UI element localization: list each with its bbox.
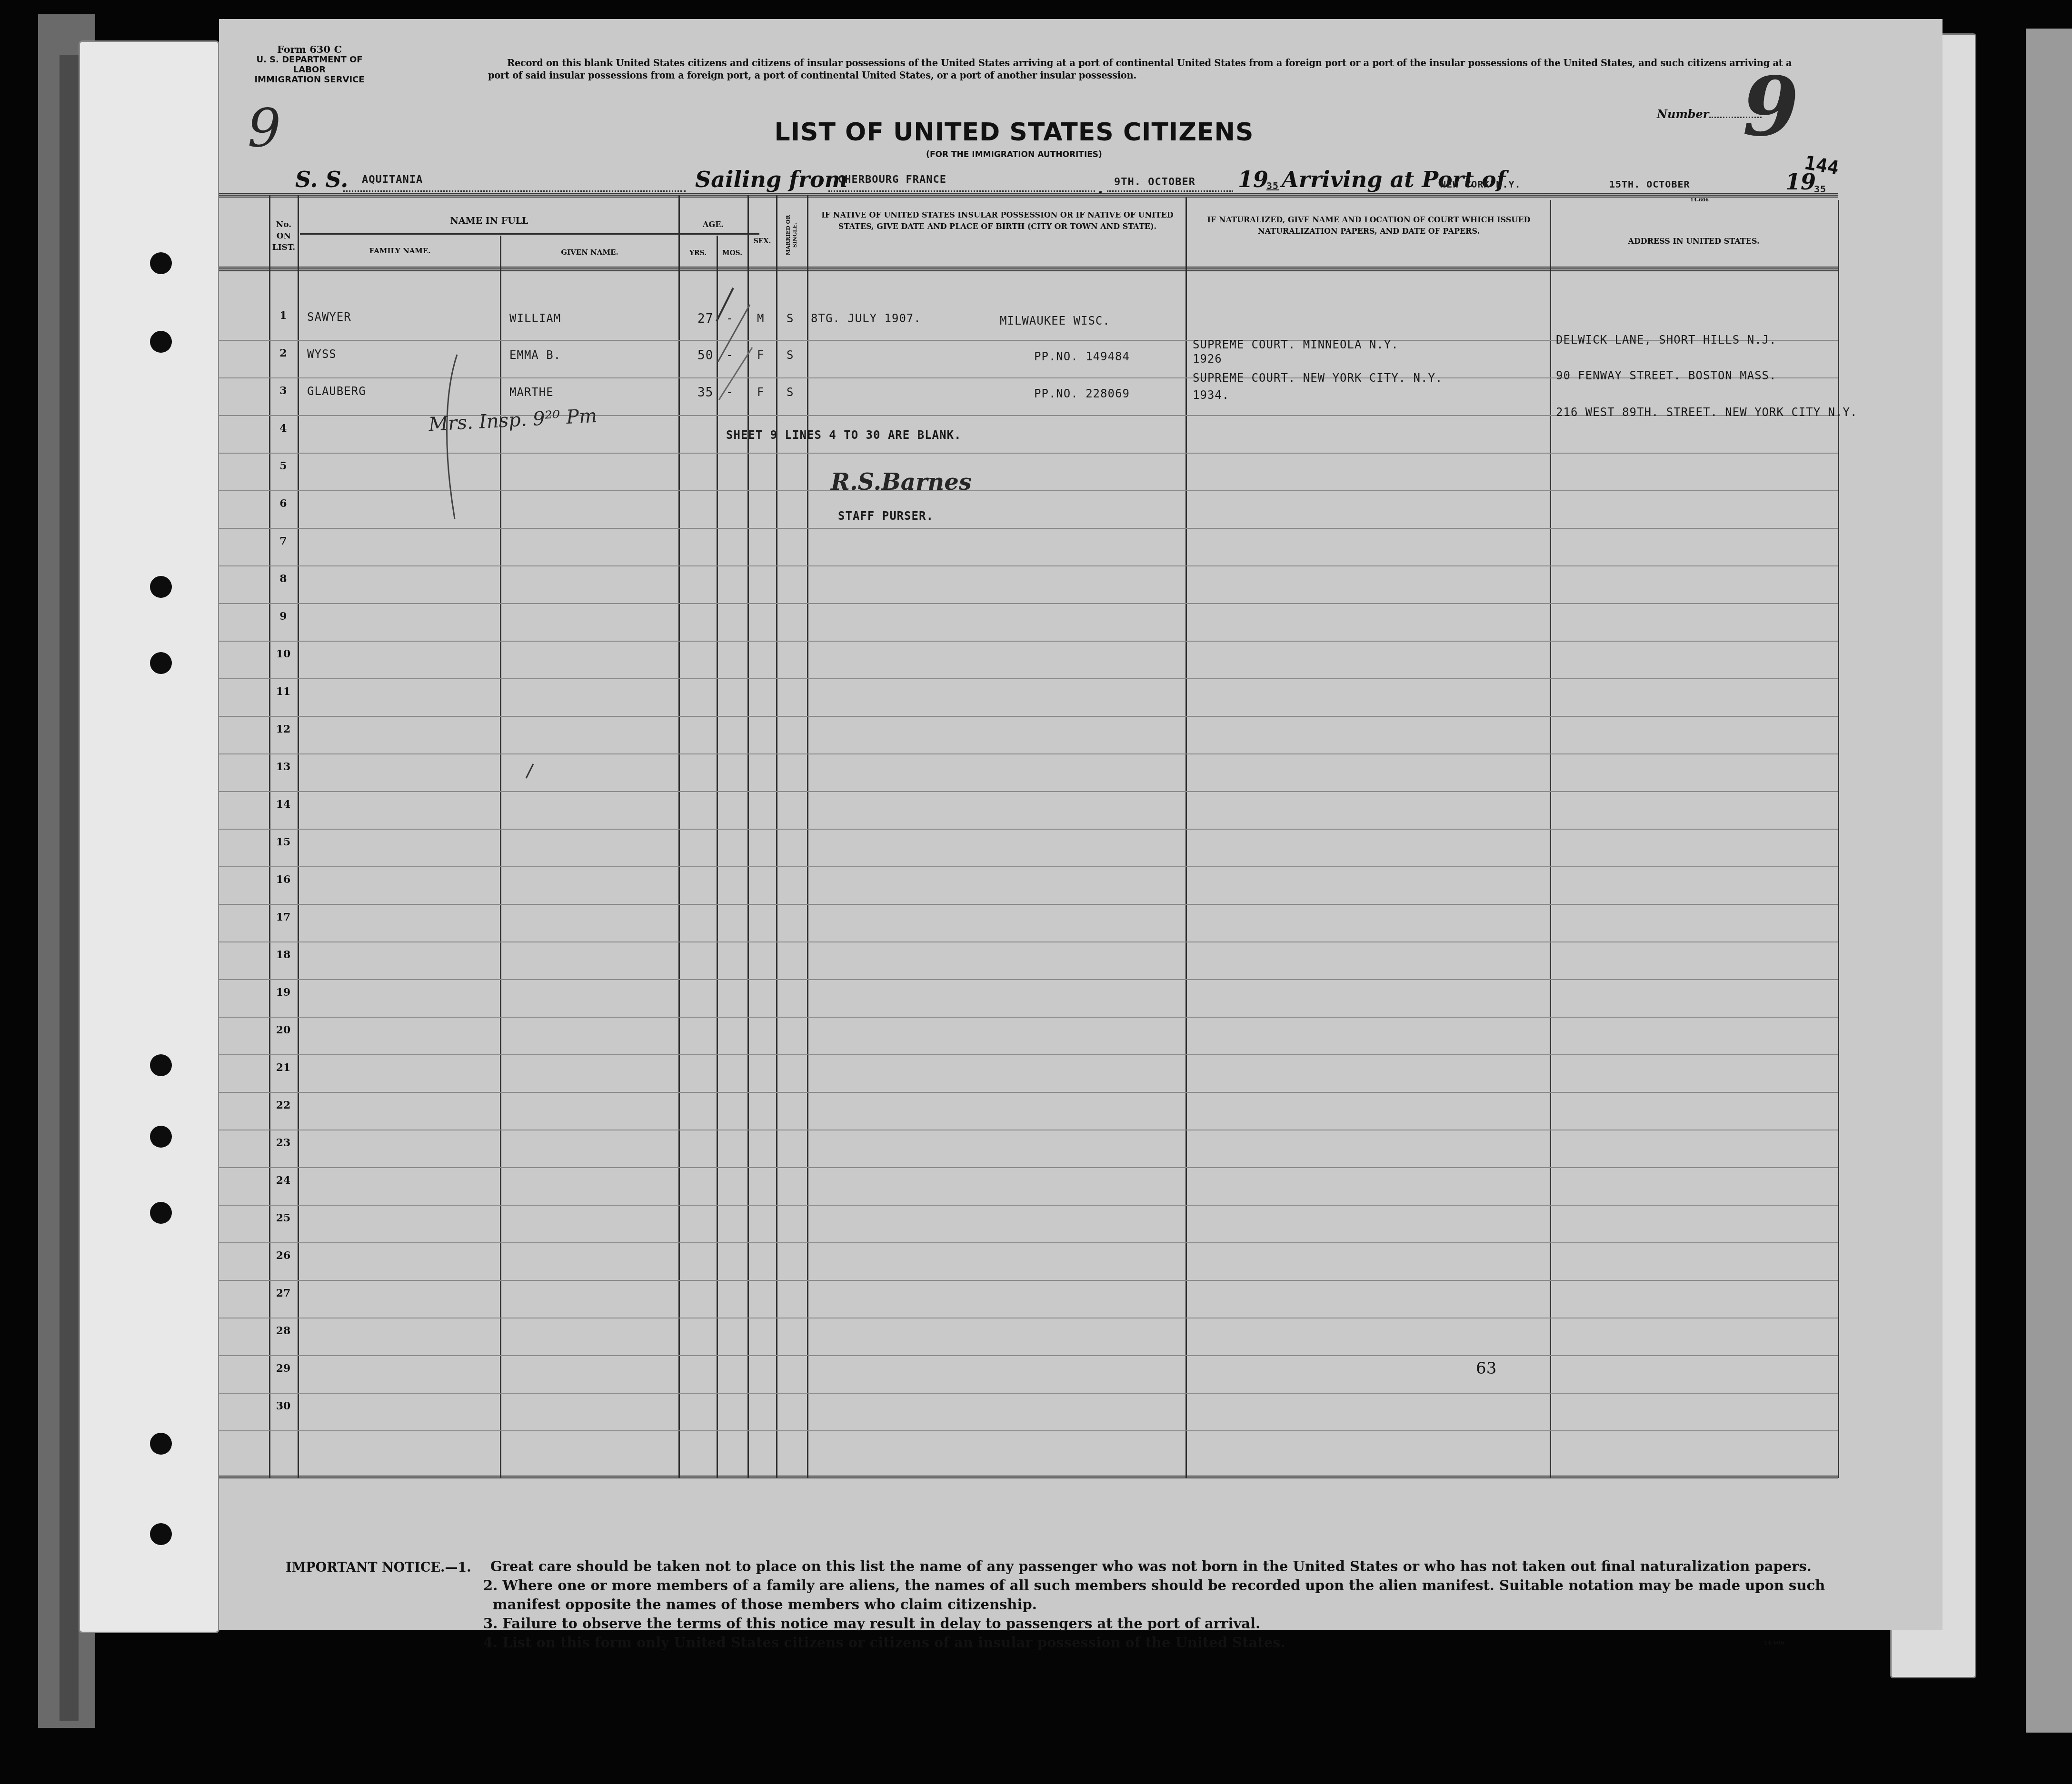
row-number: 5 — [269, 460, 298, 472]
row-number: 19 — [269, 986, 298, 999]
col-line — [717, 236, 718, 1478]
col-line — [678, 195, 680, 1478]
page-title: LIST OF UNITED STATES CITIZENS — [695, 118, 1333, 147]
pen-mark — [524, 762, 538, 781]
row-line — [219, 1205, 1838, 1206]
row-number: 20 — [269, 1024, 298, 1036]
punch-hole — [150, 331, 172, 353]
form-number: Form 630 C — [248, 44, 371, 55]
row-line — [219, 453, 1838, 454]
row-line — [219, 829, 1838, 830]
punch-hole — [150, 1433, 172, 1455]
col-line — [1838, 200, 1839, 1478]
notice-item-2: 2. Where one or more members of a family… — [483, 1576, 1959, 1595]
sailing-year: 35 — [1266, 180, 1279, 191]
given-name: EMMA B. — [509, 348, 561, 362]
row-line — [219, 1017, 1838, 1018]
ss-label: S. S. — [295, 167, 348, 192]
row-line — [219, 866, 1838, 867]
row-line — [219, 904, 1838, 905]
row-number: 16 — [269, 873, 298, 886]
row-number: 6 — [269, 497, 298, 510]
col-line — [1550, 200, 1551, 1478]
row-line — [219, 1355, 1838, 1356]
birth-place: PP.NO. 149484 — [1034, 350, 1130, 363]
sailing-port-dotline — [828, 190, 1095, 192]
row-number: 24 — [269, 1174, 298, 1187]
row-line — [219, 1092, 1838, 1093]
arrival-port: NEW YORK N.Y. — [1440, 178, 1521, 190]
number-label: Number — [1657, 107, 1709, 121]
page-subtitle: (FOR THE IMMIGRATION AUTHORITIES) — [695, 150, 1333, 159]
check-slashes — [714, 286, 757, 405]
col-line — [807, 195, 808, 1478]
row-number: 11 — [269, 685, 298, 698]
notice-label: IMPORTANT NOTICE.—1. — [286, 1559, 471, 1577]
name-age-subrule — [300, 233, 759, 235]
col-header-no: No. ON LIST. — [270, 219, 297, 253]
family-name: GLAUBERG — [307, 385, 366, 398]
family-name: WYSS — [307, 347, 337, 361]
header-top-rule — [219, 193, 1838, 198]
age-yrs: 27 — [697, 312, 713, 326]
form-code: 14-606 — [1690, 198, 1709, 203]
list-number: 9 — [1743, 59, 1799, 155]
address: 216 WEST 89TH. STREET. NEW YORK CITY N.Y… — [1556, 406, 1857, 419]
handwritten-bracket — [443, 352, 462, 524]
col-header-mos: MOS. — [717, 248, 747, 259]
marital-status: S — [787, 348, 794, 362]
punch-hole — [150, 652, 172, 674]
sailing-port: CHERBOURG FRANCE — [838, 174, 946, 186]
handwritten-corner-number: 9 — [248, 98, 281, 159]
court-date: 1926 — [1193, 352, 1222, 366]
row-number: 7 — [269, 535, 298, 547]
given-name: WILLIAM — [509, 312, 561, 325]
col-line — [776, 195, 777, 1478]
col-header-name-in-full: NAME IN FULL — [300, 215, 678, 227]
row-line — [219, 942, 1838, 942]
row-number: 12 — [269, 723, 298, 735]
header-bottom-rule — [219, 267, 1838, 271]
row-number: 29 — [269, 1362, 298, 1375]
row-number: 3 — [269, 385, 298, 397]
sailing-year-prefix: 19 — [1238, 167, 1268, 192]
row-number: 9 — [269, 610, 298, 623]
court-date: 1934. — [1193, 388, 1229, 402]
address: 90 FENWAY STREET. BOSTON MASS. — [1556, 369, 1776, 382]
sex: M — [757, 312, 764, 325]
court: SUPREME COURT. NEW YORK CITY. N.Y. — [1193, 371, 1443, 385]
row-number: 13 — [269, 761, 298, 773]
marital-status: S — [787, 386, 794, 399]
row-line — [219, 753, 1838, 754]
birth-place: MILWAUKEE WISC. — [1000, 314, 1110, 327]
ship-name: AQUITANIA — [362, 174, 423, 186]
purser-signature: R.S.Barnes — [831, 469, 972, 496]
sailing-date: 9TH. OCTOBER — [1114, 176, 1195, 188]
row-line — [219, 979, 1838, 980]
binder-shadow — [60, 55, 79, 1721]
punch-hole — [150, 252, 172, 274]
row-number: 30 — [269, 1400, 298, 1412]
department: U. S. DEPARTMENT OF LABOR — [248, 55, 371, 75]
punch-hole — [150, 576, 172, 598]
row-number: 23 — [269, 1137, 298, 1149]
row-number: 28 — [269, 1325, 298, 1337]
signature-title: STAFF PURSER. — [838, 509, 934, 523]
col-header-address: ADDRESS IN UNITED STATES. — [1552, 236, 1835, 247]
birth-date: 8TG. JULY 1907. — [811, 312, 921, 325]
row-line — [219, 1054, 1838, 1055]
row-line — [219, 1130, 1838, 1130]
row-number: 15 — [269, 836, 298, 848]
birth-place: PP.NO. 228069 — [1034, 387, 1130, 400]
punch-hole — [150, 1202, 172, 1224]
row-line — [219, 528, 1838, 529]
row-line — [219, 1167, 1838, 1168]
arrival-date: 15TH. OCTOBER — [1609, 178, 1690, 190]
sailing-date-dotline — [1107, 190, 1233, 192]
punch-hole — [150, 1054, 172, 1076]
row-number: 17 — [269, 911, 298, 923]
court: SUPREME COURT. MINNEOLA N.Y. — [1193, 338, 1399, 351]
blank-lines-note: SHEET 9 LINES 4 TO 30 ARE BLANK. — [726, 428, 961, 442]
form-id: Form 630 C U. S. DEPARTMENT OF LABOR IMM… — [248, 44, 371, 85]
page-number: 63 — [1476, 1359, 1496, 1378]
row-number: 8 — [269, 573, 298, 585]
row-line — [219, 1430, 1838, 1431]
notice-item-3: 3. Failure to observe the terms of this … — [483, 1615, 1912, 1633]
col-header-given-name: GIVEN NAME. — [501, 247, 678, 258]
row-line — [219, 1318, 1838, 1318]
given-name: MARTHE — [509, 386, 554, 399]
sex: F — [757, 386, 764, 399]
row-number: 22 — [269, 1099, 298, 1111]
col-header-sex: SEX. — [748, 236, 776, 247]
notice-item-1: Great care should be taken not to place … — [490, 1557, 1957, 1576]
row-number: 2 — [269, 347, 298, 359]
col-header-age: AGE. — [680, 219, 747, 230]
col-header-yrs: YRS. — [680, 248, 716, 259]
col-header-naturalized: IF NATURALIZED, GIVE NAME AND LOCATION O… — [1195, 214, 1543, 237]
marital-status: S — [787, 312, 794, 325]
right-page-edge — [2026, 29, 2072, 1733]
row-number: 4 — [269, 422, 298, 435]
family-name: SAWYER — [307, 310, 351, 324]
row-number: 21 — [269, 1061, 298, 1074]
row-line — [219, 678, 1838, 679]
row-line — [219, 791, 1838, 792]
col-line — [1185, 198, 1187, 1478]
row-number: 14 — [269, 798, 298, 811]
sex: F — [757, 348, 764, 362]
row-number: 1 — [269, 309, 298, 322]
notice-item-4: 4. List on this form only United States … — [483, 1634, 1912, 1652]
footer-form-code: 14-606 — [1764, 1640, 1784, 1646]
row-number: 10 — [269, 648, 298, 660]
row-line — [219, 490, 1838, 491]
row-line — [219, 565, 1838, 566]
ship-dotline — [343, 190, 686, 192]
col-line — [298, 195, 299, 1478]
row-number: 26 — [269, 1249, 298, 1262]
row-number: 18 — [269, 949, 298, 961]
punch-hole — [150, 1126, 172, 1148]
arrival-year-prefix: 19 — [1785, 169, 1816, 195]
col-header-married-single: MARRIED OR SINGLE. — [785, 214, 798, 257]
age-yrs: 50 — [697, 348, 713, 363]
age-yrs: 35 — [697, 386, 713, 400]
left-tab-strip — [79, 40, 219, 1633]
row-line — [219, 1242, 1838, 1243]
row-line — [219, 641, 1838, 642]
row-line — [219, 716, 1838, 717]
row-number: 25 — [269, 1212, 298, 1224]
address: DELWICK LANE, SHORT HILLS N.J. — [1556, 333, 1776, 347]
col-header-family-name: FAMILY NAME. — [300, 245, 500, 257]
punch-hole — [150, 1523, 172, 1545]
col-header-birth: IF NATIVE OF UNITED STATES INSULAR POSSE… — [814, 209, 1181, 232]
instructions: Record on this blank United States citiz… — [488, 57, 1812, 82]
row-line — [219, 603, 1838, 604]
service: IMMIGRATION SERVICE — [248, 75, 371, 85]
table-bottom-rule — [219, 1476, 1838, 1478]
row-number: 27 — [269, 1287, 298, 1299]
row-line — [219, 1393, 1838, 1394]
row-line — [219, 1280, 1838, 1281]
manifest-page: Form 630 C U. S. DEPARTMENT OF LABOR IMM… — [219, 19, 1942, 1630]
sailing-label: Sailing from — [695, 167, 847, 192]
notice-item-2-cont: manifest opposite the names of those mem… — [493, 1596, 1921, 1614]
